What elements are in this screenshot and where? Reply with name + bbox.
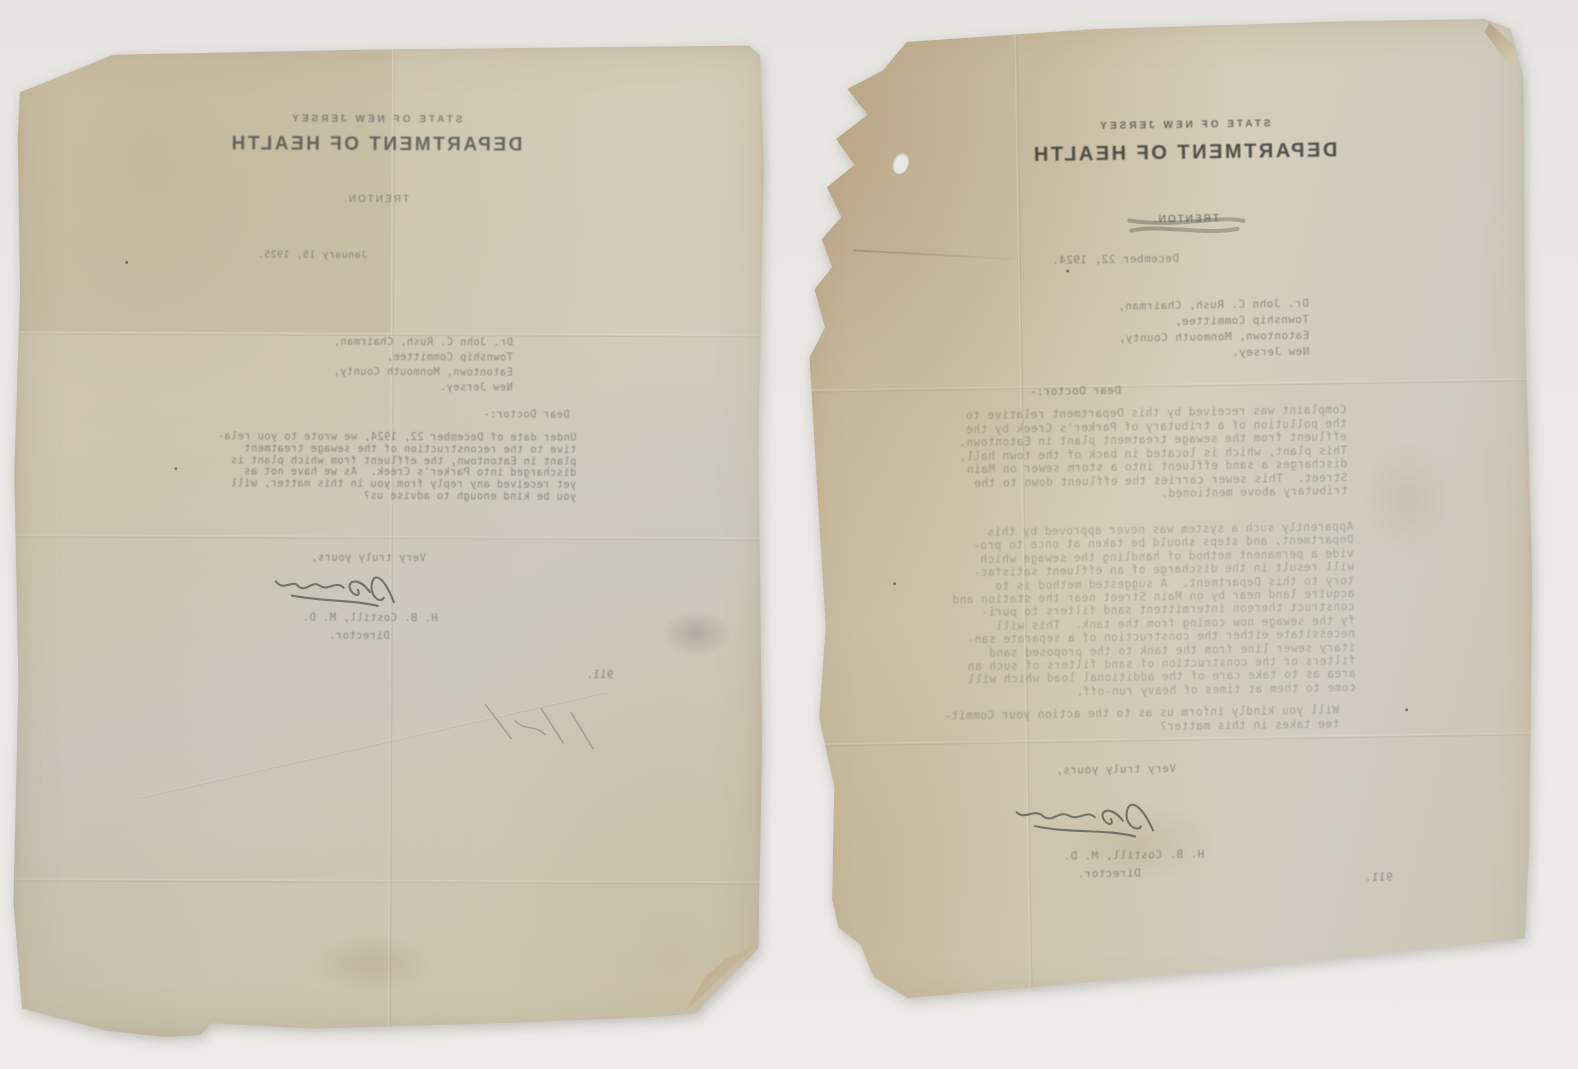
file-number: 911. (1349, 870, 1393, 884)
recipient-line: New Jersey. (1037, 344, 1309, 364)
signed-name: H. B. Costill, M. D. (278, 612, 438, 625)
file-number: 911. (571, 669, 613, 681)
salutation: Dear Doctor:- (1033, 384, 1121, 398)
corner-curl (1484, 22, 1521, 65)
letterhead-state: STATE OF NEW JERSEY (166, 113, 586, 126)
photo-background: STATE OF NEW JERSEY DEPARTMENT OF HEALTH… (0, 0, 1578, 1069)
letter-left-paper: STATE OF NEW JERSEY DEPARTMENT OF HEALTH… (12, 42, 766, 1039)
fold-crease (800, 378, 1530, 392)
fold-crease (14, 534, 764, 540)
speck (125, 261, 128, 264)
letter-date: January 15, 1925. (255, 249, 367, 260)
body-line: you be kind enough to advise us? (170, 490, 576, 504)
signed-title: Director. (1041, 866, 1141, 881)
letterhead-department: DEPARTMENT OF HEALTH (924, 138, 1444, 169)
signed-title: Director. (296, 630, 390, 642)
fold-panel-shade (15, 42, 392, 333)
recipient-line: New Jersey. (331, 380, 513, 396)
salutation: Dear Doctor:- (480, 408, 570, 420)
letter-left: STATE OF NEW JERSEY DEPARTMENT OF HEALTH… (14, 44, 764, 1038)
speck (1066, 270, 1069, 273)
smudged-overtype (1113, 207, 1258, 243)
stain (312, 934, 432, 995)
letterhead-state: STATE OF NEW JERSEY (964, 116, 1404, 134)
body-paragraph: Under date of December 22, 1924, we wrot… (170, 431, 576, 504)
letter-date: December 22, 1924. (1031, 252, 1179, 267)
letterhead-city: TRENTON. (165, 193, 585, 206)
letterhead-department: DEPARTMENT OF HEALTH (126, 133, 626, 157)
signed-name: H. B. Costill, M. D. (1018, 847, 1204, 863)
recipient-line: Dr. John C. Rush, Chairman, (331, 335, 513, 351)
closing: Very truly yours, (1044, 762, 1176, 777)
torn-hole (890, 150, 912, 176)
speck (1405, 708, 1408, 711)
body-paragraph-1: Complaint was received by this Departmen… (886, 403, 1347, 505)
body-paragraph-3: Will you kindly inform us as to the acti… (893, 703, 1339, 737)
recipient-block: Dr. John C. Rush, Chairman, Township Com… (331, 335, 513, 396)
signature-scribble (264, 561, 404, 614)
stain (1361, 438, 1453, 559)
speck (22, 70, 25, 73)
recipient-line: Township Committee, (331, 350, 513, 366)
letter-right-paper: STATE OF NEW JERSEY DEPARTMENT OF HEALTH… (794, 16, 1539, 1007)
signature-scribble (1004, 788, 1165, 847)
edge-crack (853, 249, 1013, 260)
recipient-block: Dr. John C. Rush, Chairman, Township Com… (1037, 296, 1310, 364)
pencil-date-note (469, 690, 609, 761)
letter-right: STATE OF NEW JERSEY DEPARTMENT OF HEALTH… (802, 22, 1532, 1002)
recipient-line: Eatontown, Monmouth County, (331, 365, 513, 381)
dog-ear-fold (684, 943, 762, 1017)
stain (662, 610, 732, 656)
body-paragraph-2: Apparently such a system was never appro… (885, 520, 1356, 702)
fold-crease (13, 878, 763, 884)
